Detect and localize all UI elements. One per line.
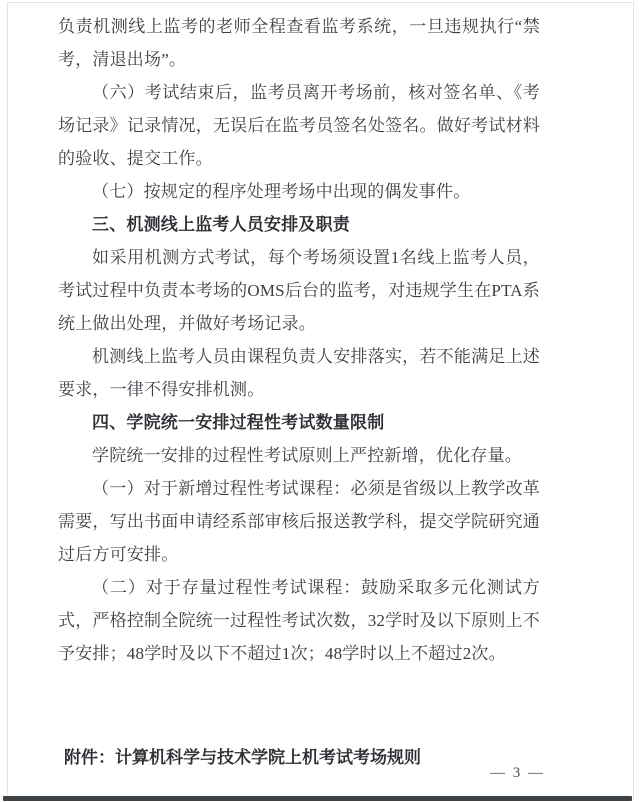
section-heading-3: 三、机测线上监考人员安排及职责 (58, 208, 540, 241)
body-paragraph: 负责机测线上监考的老师全程查看监考系统，一旦违规执行“禁考，清退出场”。 (58, 10, 540, 76)
body-paragraph: （二）对于存量过程性考试课程：鼓励采取多元化测试方式，严格控制全院统一过程性考试… (58, 571, 540, 670)
body-paragraph: 学院统一安排的过程性考试原则上严控新增，优化存量。 (58, 439, 540, 472)
body-paragraph: 如采用机测方式考试，每个考场须设置1名线上监考人员，考试过程中负责本考场的OMS… (58, 241, 540, 340)
section-heading-4: 四、学院统一安排过程性考试数量限制 (58, 406, 540, 439)
scanned-document-page: 负责机测线上监考的老师全程查看监考系统，一旦违规执行“禁考，清退出场”。 （六）… (0, 0, 639, 802)
body-paragraph: （六）考试结束后，监考员离开考场前，核对签名单、《考场记录》记录情况，无误后在监… (58, 76, 540, 175)
page-number: — 3 — (490, 765, 545, 782)
attachment-line: 附件：计算机科学与技术学院上机考试考场规则 (64, 747, 421, 769)
document-body: 负责机测线上监考的老师全程查看监考系统，一旦违规执行“禁考，清退出场”。 （六）… (58, 10, 540, 670)
body-paragraph: 机测线上监考人员由课程负责人安排落实，若不能满足上述要求，一律不得安排机测。 (58, 340, 540, 406)
body-paragraph: （一）对于新增过程性考试课程：必须是省级以上教学改革需要，写出书面申请经系部审核… (58, 472, 540, 571)
scan-bottom-edge (3, 796, 632, 801)
body-paragraph: （七）按规定的程序处理考场中出现的偶发事件。 (58, 175, 540, 208)
